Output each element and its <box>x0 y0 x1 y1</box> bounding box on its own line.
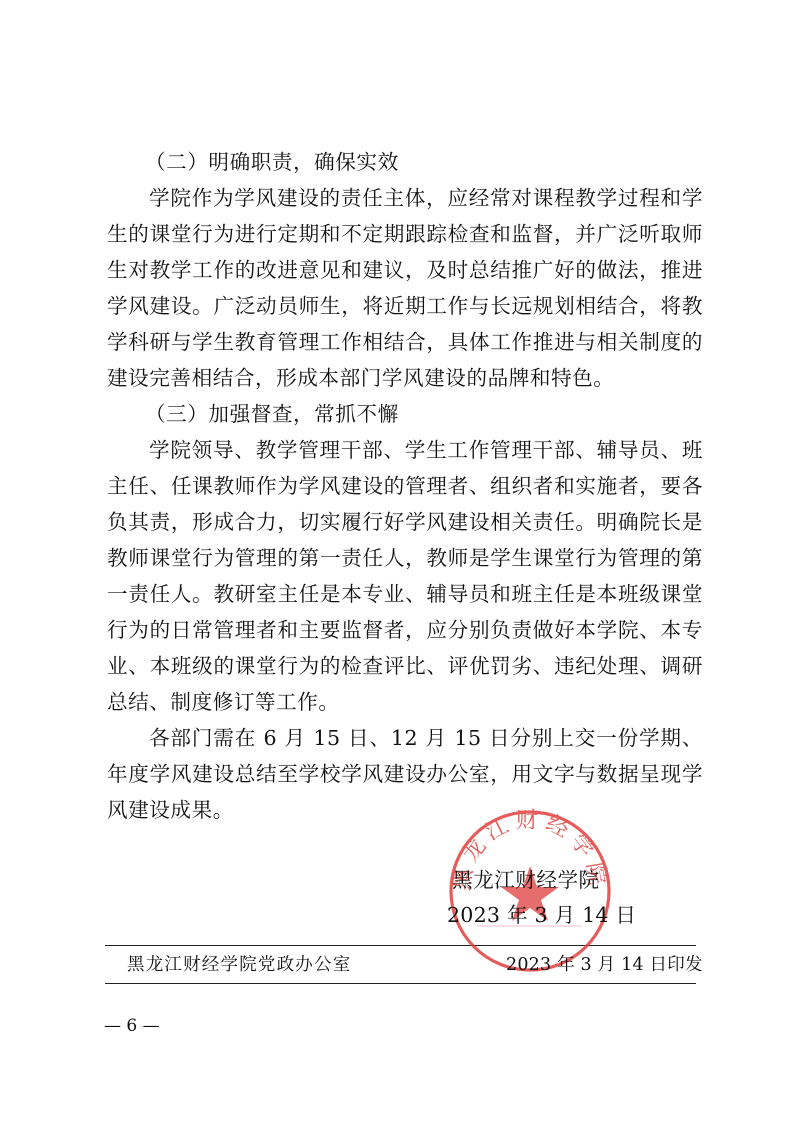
document-page: （二）明确职责，确保实效 学院作为学风建设的责任主体，应经常对课程教学过程和学生… <box>0 0 794 1123</box>
section-2-paragraph-1: 学院作为学风建设的责任主体，应经常对课程教学过程和学生的课堂行为进行定期和不定期… <box>107 180 703 396</box>
footer-issuer: 黑龙江财经学院党政办公室 <box>127 953 351 977</box>
signature-date: 2023 年 3 月 14 日 <box>447 897 636 933</box>
section-3-paragraph-1: 学院领导、教学管理干部、学生工作管理干部、辅导员、班主任、任课教师作为学风建设的… <box>107 432 703 720</box>
footer-issue-date: 2023 年 3 月 14 日印发 <box>506 953 703 977</box>
page-number: — 6 — <box>104 1014 160 1038</box>
signature-organization: 黑龙江财经学院 <box>452 862 600 898</box>
section-heading-3: （三）加强督查，常抓不懈 <box>107 396 703 432</box>
document-body: （二）明确职责，确保实效 学院作为学风建设的责任主体，应经常对课程教学过程和学生… <box>107 144 703 828</box>
footer-bottom-rule <box>105 983 696 984</box>
section-heading-2: （二）明确职责，确保实效 <box>107 144 703 180</box>
section-3-paragraph-2: 各部门需在 6 月 15 日、12 月 15 日分别上交一份学期、年度学风建设总… <box>107 720 703 828</box>
